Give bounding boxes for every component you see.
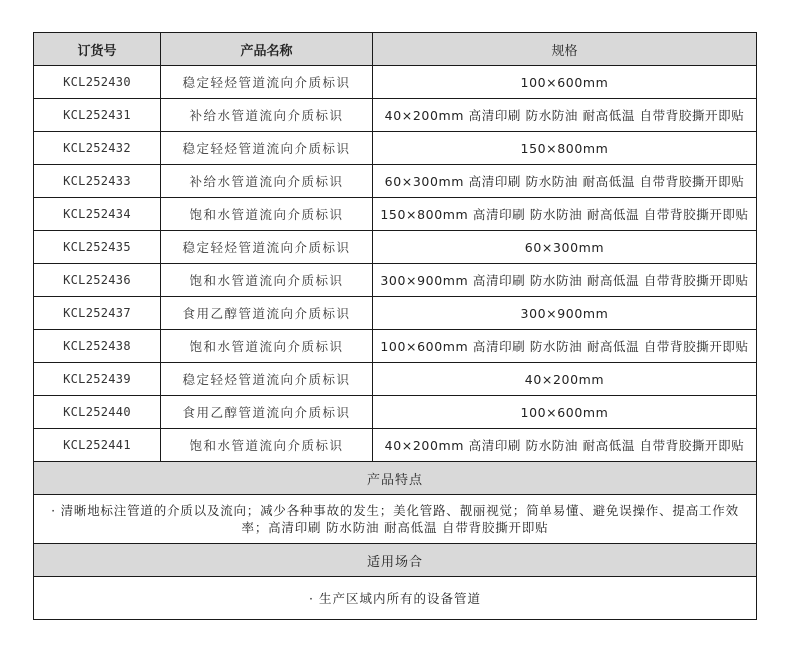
table-row: KCL252439 稳定轻烃管道流向介质标识 40×200mm <box>34 363 757 396</box>
applications-title: 适用场合 <box>34 544 757 577</box>
spec-cell: 40×200mm <box>373 363 757 396</box>
table-row: KCL252440 食用乙醇管道流向介质标识 100×600mm <box>34 396 757 429</box>
table-row: KCL252434 饱和水管道流向介质标识 150×800mm 高清印刷 防水防… <box>34 198 757 231</box>
order-code-cell: KCL252433 <box>34 165 161 198</box>
features-title: 产品特点 <box>34 462 757 495</box>
table-row: KCL252433 补给水管道流向介质标识 60×300mm 高清印刷 防水防油… <box>34 165 757 198</box>
product-name-cell: 补给水管道流向介质标识 <box>161 165 373 198</box>
header-product-name: 产品名称 <box>161 33 373 66</box>
spec-cell: 150×800mm <box>373 132 757 165</box>
spec-cell: 100×600mm <box>373 66 757 99</box>
order-code-cell: KCL252431 <box>34 99 161 132</box>
product-name-cell: 稳定轻烃管道流向介质标识 <box>161 363 373 396</box>
order-code-cell: KCL252439 <box>34 363 161 396</box>
product-name-cell: 补给水管道流向介质标识 <box>161 99 373 132</box>
product-name-cell: 稳定轻烃管道流向介质标识 <box>161 66 373 99</box>
spec-cell: 40×200mm 高清印刷 防水防油 耐高低温 自带背胶撕开即贴 <box>373 99 757 132</box>
order-code-cell: KCL252435 <box>34 231 161 264</box>
header-order-code: 订货号 <box>34 33 161 66</box>
product-name-cell: 稳定轻烃管道流向介质标识 <box>161 132 373 165</box>
product-name-cell: 稳定轻烃管道流向介质标识 <box>161 231 373 264</box>
table-header-row: 订货号 产品名称 规格 <box>34 33 757 66</box>
applications-header-row: 适用场合 <box>34 544 757 577</box>
spec-cell: 300×900mm <box>373 297 757 330</box>
product-name-cell: 饱和水管道流向介质标识 <box>161 429 373 462</box>
table-row: KCL252441 饱和水管道流向介质标识 40×200mm 高清印刷 防水防油… <box>34 429 757 462</box>
table-row: KCL252431 补给水管道流向介质标识 40×200mm 高清印刷 防水防油… <box>34 99 757 132</box>
spec-cell: 60×300mm <box>373 231 757 264</box>
table-row: KCL252435 稳定轻烃管道流向介质标识 60×300mm <box>34 231 757 264</box>
table-row: KCL252436 饱和水管道流向介质标识 300×900mm 高清印刷 防水防… <box>34 264 757 297</box>
spec-cell: 100×600mm 高清印刷 防水防油 耐高低温 自带背胶撕开即贴 <box>373 330 757 363</box>
product-name-cell: 饱和水管道流向介质标识 <box>161 264 373 297</box>
order-code-cell: KCL252437 <box>34 297 161 330</box>
features-row: · 清晰地标注管道的介质以及流向；减少各种事故的发生；美化管路、靓丽视觉；简单易… <box>34 495 757 544</box>
applications-row: · 生产区域内所有的设备管道 <box>34 577 757 620</box>
header-spec: 规格 <box>373 33 757 66</box>
order-code-cell: KCL252436 <box>34 264 161 297</box>
table-row: KCL252437 食用乙醇管道流向介质标识 300×900mm <box>34 297 757 330</box>
features-text: · 清晰地标注管道的介质以及流向；减少各种事故的发生；美化管路、靓丽视觉；简单易… <box>34 495 757 544</box>
product-name-cell: 饱和水管道流向介质标识 <box>161 330 373 363</box>
table-row: KCL252432 稳定轻烃管道流向介质标识 150×800mm <box>34 132 757 165</box>
spec-cell: 300×900mm 高清印刷 防水防油 耐高低温 自带背胶撕开即贴 <box>373 264 757 297</box>
order-code-cell: KCL252432 <box>34 132 161 165</box>
order-code-cell: KCL252441 <box>34 429 161 462</box>
order-code-cell: KCL252430 <box>34 66 161 99</box>
spec-cell: 100×600mm <box>373 396 757 429</box>
product-name-cell: 饱和水管道流向介质标识 <box>161 198 373 231</box>
product-name-cell: 食用乙醇管道流向介质标识 <box>161 396 373 429</box>
order-code-cell: KCL252434 <box>34 198 161 231</box>
order-code-cell: KCL252438 <box>34 330 161 363</box>
table-row: KCL252438 饱和水管道流向介质标识 100×600mm 高清印刷 防水防… <box>34 330 757 363</box>
spec-cell: 150×800mm 高清印刷 防水防油 耐高低温 自带背胶撕开即贴 <box>373 198 757 231</box>
spec-cell: 40×200mm 高清印刷 防水防油 耐高低温 自带背胶撕开即贴 <box>373 429 757 462</box>
order-code-cell: KCL252440 <box>34 396 161 429</box>
applications-text: · 生产区域内所有的设备管道 <box>34 577 757 620</box>
spec-cell: 60×300mm 高清印刷 防水防油 耐高低温 自带背胶撕开即贴 <box>373 165 757 198</box>
product-name-cell: 食用乙醇管道流向介质标识 <box>161 297 373 330</box>
table-row: KCL252430 稳定轻烃管道流向介质标识 100×600mm <box>34 66 757 99</box>
product-spec-table: 订货号 产品名称 规格 KCL252430 稳定轻烃管道流向介质标识 100×6… <box>33 32 757 620</box>
features-header-row: 产品特点 <box>34 462 757 495</box>
